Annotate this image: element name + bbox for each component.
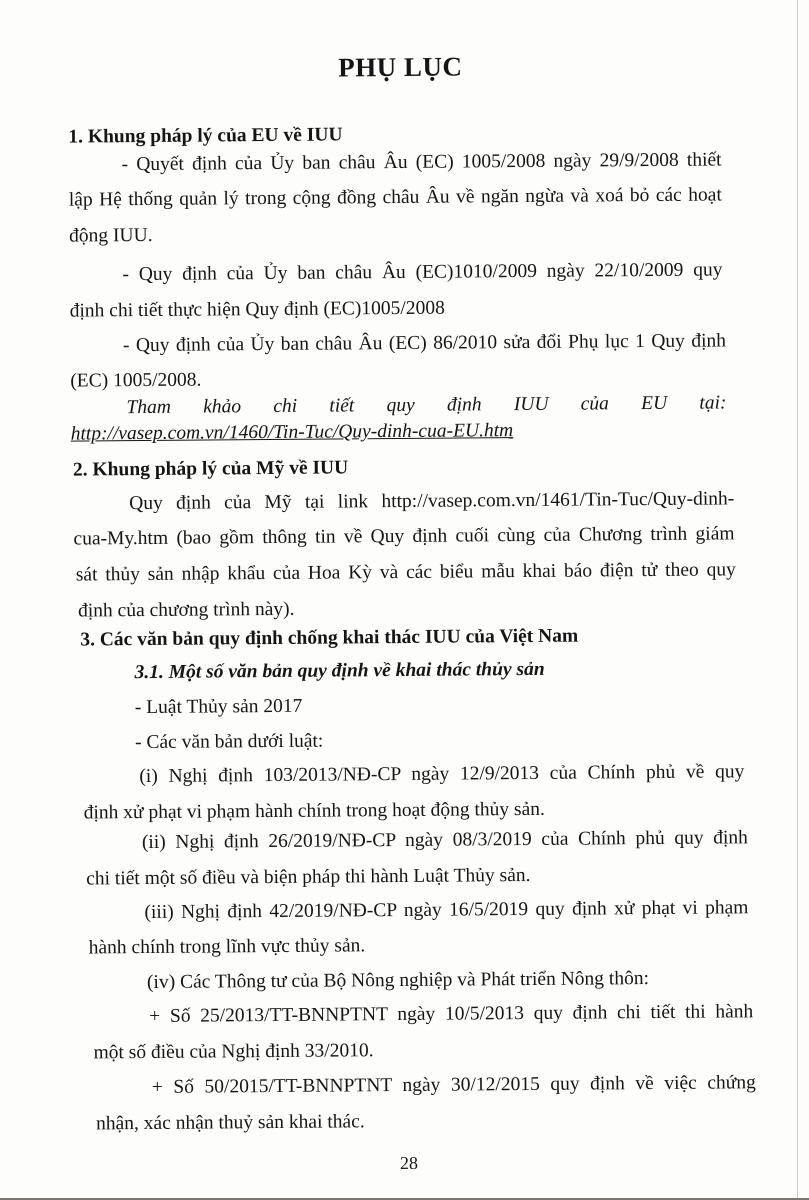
section-3-line: - Các văn bản dưới luật: [135, 731, 323, 754]
section-3-line: định xử phạt vi phạm hành chính trong ho… [84, 799, 545, 825]
eu-regulation-link[interactable]: http://vasep.com.vn/1460/Tin-Tuc/Quy-din… [71, 420, 514, 445]
section-3-line: hành chính trong lĩnh vực thủy sản. [89, 935, 366, 959]
section-1-line: - Quy định của Ủy ban châu Âu (EC)1010/2… [122, 259, 722, 286]
section-3-heading: 3. Các văn bản quy định chống khai thác … [80, 626, 578, 652]
section-1-line: (EC) 1005/2008. [70, 370, 201, 393]
section-3-line: một số điều của Nghị định 33/2010. [93, 1040, 373, 1064]
section-2-line: Quy định của Mỹ tại link http://vasep.co… [129, 488, 734, 515]
section-2-line: cua-My.htm (bao gồm thông tin về Quy địn… [73, 523, 734, 550]
page-title: PHỤ LỤC [0, 49, 805, 86]
section-1-reference-text: Tham khảo chi tiết quy định IUU của EU t… [126, 392, 726, 419]
section-1-line: động IUU. [69, 225, 153, 248]
section-3-line: + Số 50/2015/TT-BNNPTNT ngày 30/12/2015 … [152, 1072, 756, 1099]
section-1-line: - Quyết định của Ủy ban châu Âu (EC) 100… [121, 149, 721, 176]
section-1-line: - Quy định của Ủy ban châu Âu (EC) 86/20… [123, 330, 726, 357]
section-3-1-subheading: 3.1. Một số văn bản quy định về khai thá… [134, 659, 544, 684]
section-3-line: chi tiết một số điều và biện pháp thi hà… [86, 865, 530, 890]
section-2-heading: 2. Khung pháp lý của Mỹ về IUU [73, 457, 348, 481]
section-3-line: (iv) Các Thông tư của Bộ Nông nghiệp và … [147, 968, 649, 994]
section-1-line: định chi tiết thực hiện Quy định (EC)100… [70, 298, 445, 323]
section-3-line: (ii) Nghị định 26/2019/NĐ-CP ngày 08/3/2… [142, 827, 748, 854]
section-1-line: lập Hệ thống quản lý trong cộng đồng châ… [69, 184, 722, 211]
section-2-line: sát thủy sản nhập khẩu của Hoa Kỳ và các… [76, 559, 736, 586]
page-number: 28 [4, 1150, 809, 1177]
section-2-line: định của chương trình này). [78, 599, 295, 623]
section-3-line: + Số 25/2013/TT-BNNPTNT ngày 10/5/2013 q… [149, 1001, 753, 1028]
section-1-heading: 1. Khung pháp lý của EU về IUU [68, 124, 342, 148]
document-page: PHỤ LỤC 1. Khung pháp lý của EU về IUU -… [0, 0, 809, 1200]
section-3-line: nhận, xác nhận thuỷ sản khai thác. [96, 1111, 365, 1135]
section-3-line: (iii) Nghị định 42/2019/NĐ-CP ngày 16/5/… [144, 897, 748, 924]
section-3-line: (i) Nghị định 103/2013/NĐ-CP ngày 12/9/2… [139, 761, 744, 788]
section-3-line: - Luật Thủy sản 2017 [135, 696, 303, 719]
